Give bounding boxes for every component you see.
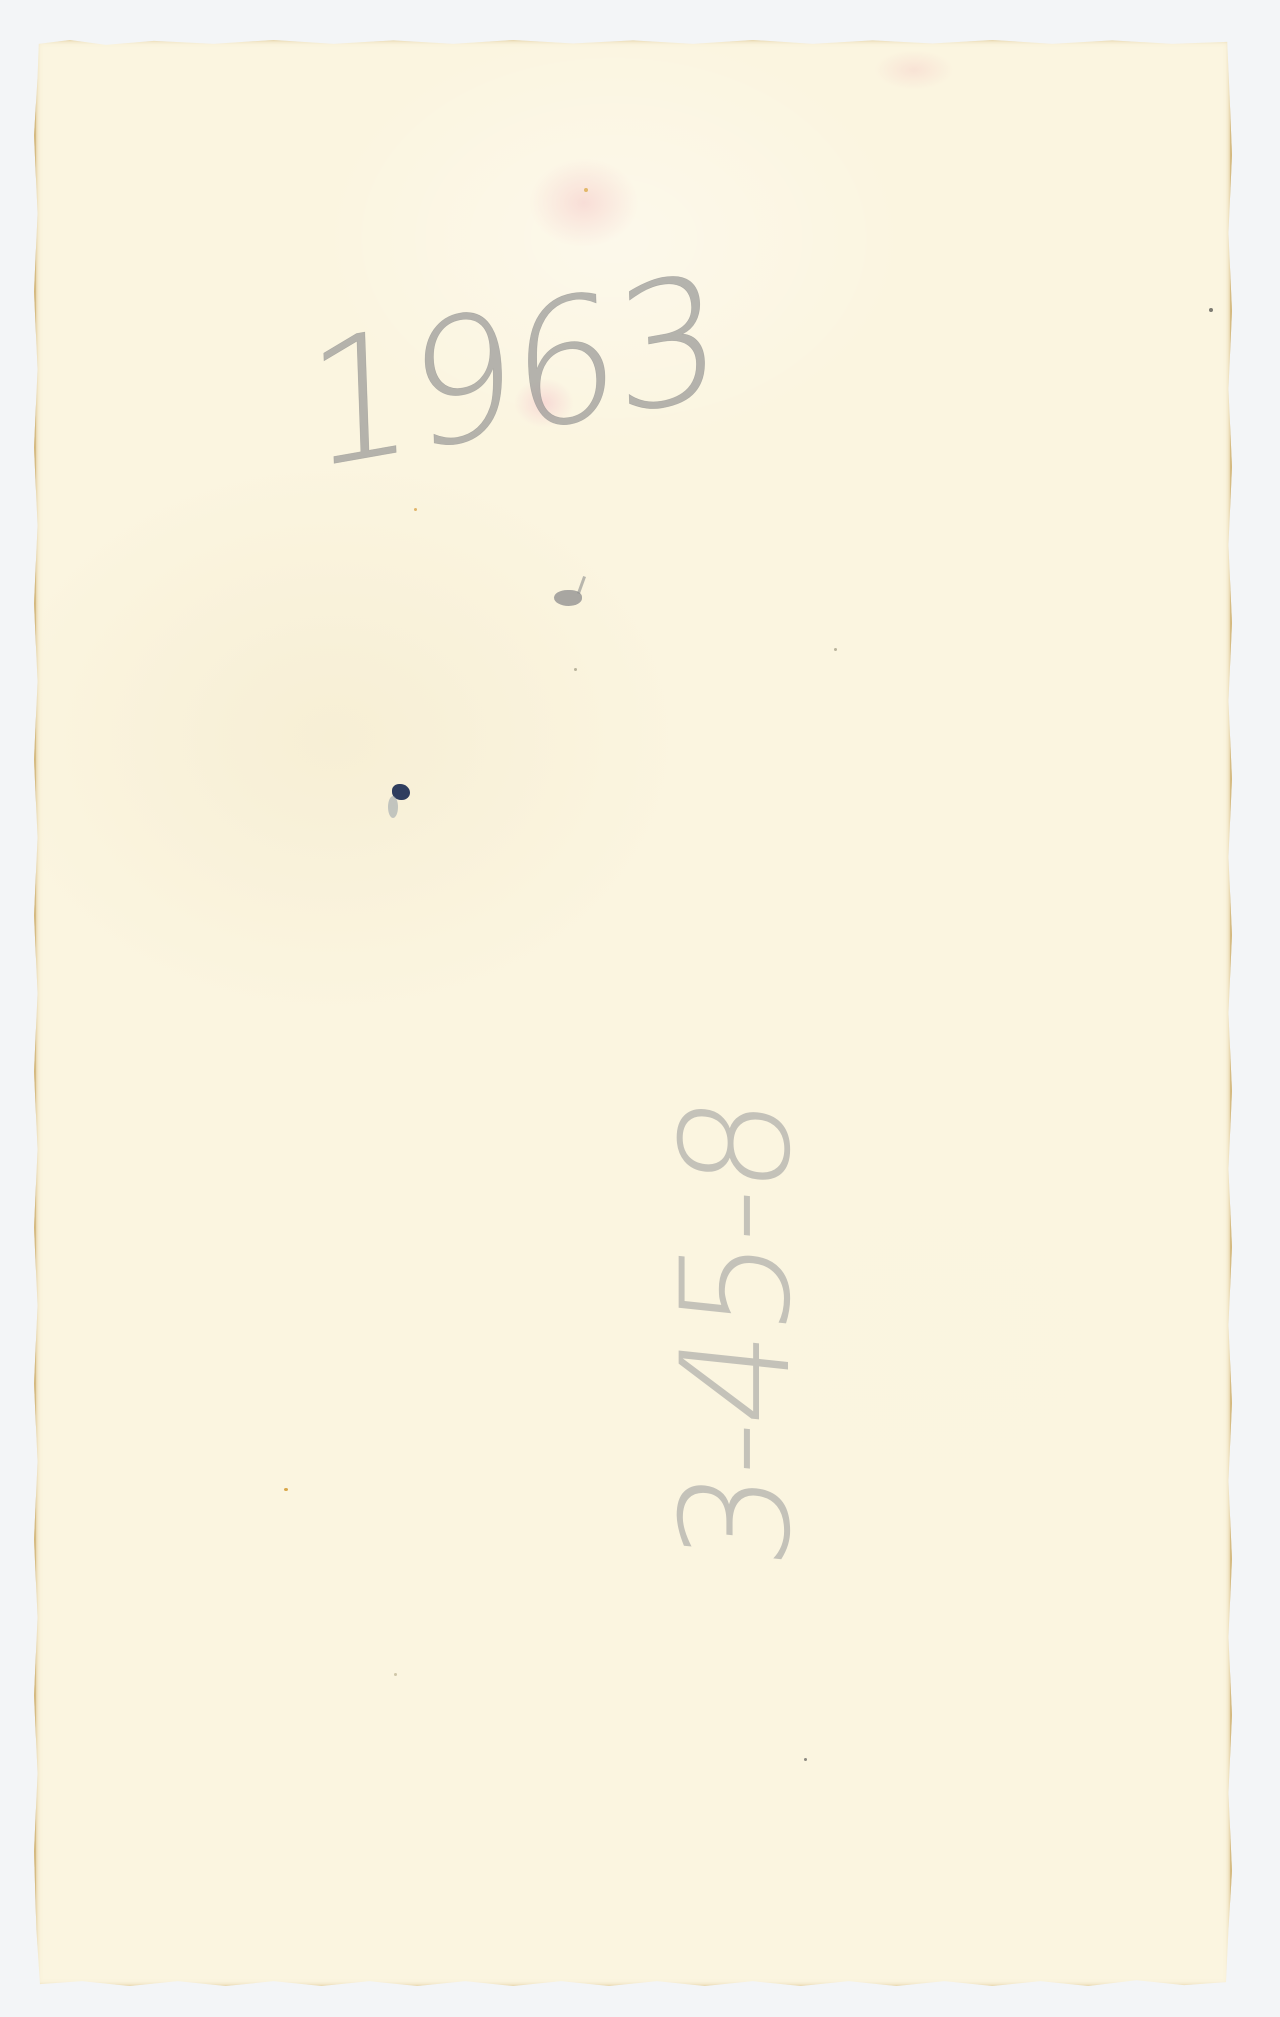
graphite-smudge-tail — [577, 576, 586, 594]
speck — [414, 508, 417, 511]
ink-smear — [388, 796, 398, 818]
pink-stain — [529, 158, 639, 248]
speck — [1209, 308, 1213, 312]
photo-back-card: 1963 3-45-8 — [34, 38, 1232, 1988]
speck — [804, 1758, 807, 1761]
speck — [584, 188, 588, 192]
speck — [574, 668, 577, 671]
scan-background: 1963 3-45-8 — [0, 0, 1280, 2017]
speck — [834, 648, 837, 651]
pencil-code-inscription: 3-45-8 — [662, 1092, 812, 1574]
speck — [284, 1488, 288, 1491]
pencil-year-inscription: 1963 — [304, 251, 720, 495]
pink-stain-top — [874, 50, 954, 90]
speck — [394, 1673, 397, 1676]
